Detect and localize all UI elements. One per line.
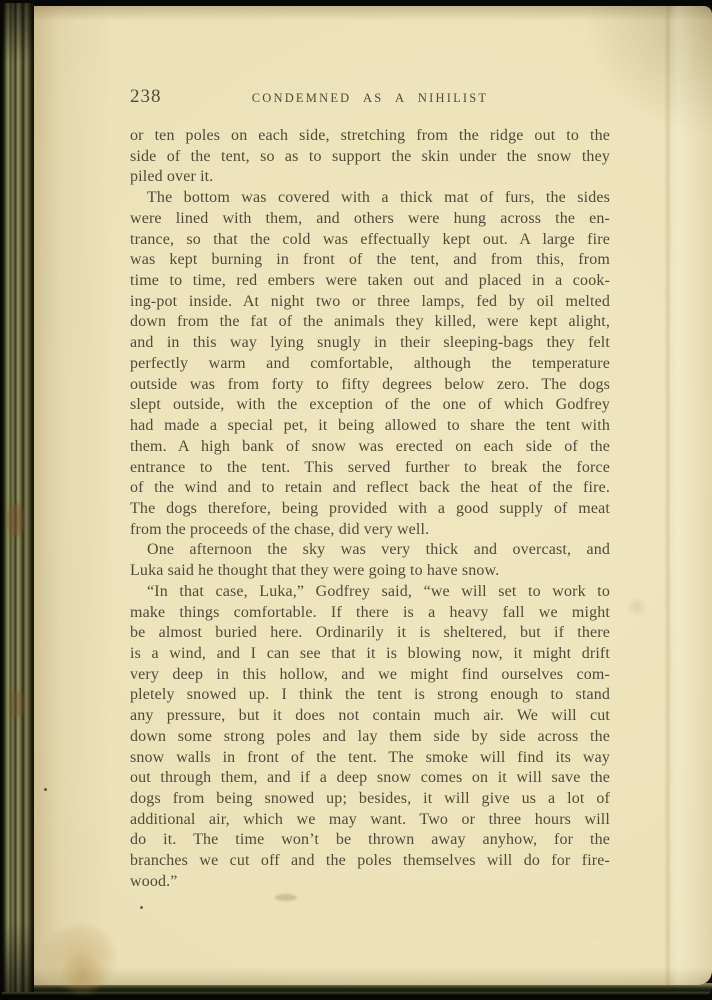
text-line: trance, so that the cold was effectually… xyxy=(130,230,610,251)
text-line: be almost buried here. Ordinarily it is … xyxy=(130,623,610,644)
text-line: side of the tent, so as to support the s… xyxy=(130,147,610,168)
speck xyxy=(140,906,143,909)
text-line: any pressure, but it does not contain mu… xyxy=(130,706,610,727)
text-line: down from the fat of the animals they ki… xyxy=(130,312,610,333)
page-edges-left xyxy=(2,3,34,992)
text-line: them. A high bank of snow was erected on… xyxy=(130,437,610,458)
text-line: The bottom was covered with a thick mat … xyxy=(130,188,610,209)
text-line: out through them, and if a deep snow com… xyxy=(130,768,610,789)
fore-edge-crease xyxy=(664,6,712,985)
text-line: down some strong poles and lay them side… xyxy=(130,727,610,748)
text-line: pletely snowed up. I think the tent is s… xyxy=(130,685,610,706)
text-line: perfectly warm and comfortable, although… xyxy=(130,354,610,375)
text-line: One afternoon the sky was very thick and… xyxy=(130,540,610,561)
stain-mark xyxy=(60,954,106,998)
text-line: branches we cut off and the poles themse… xyxy=(130,851,610,872)
text-line: were lined with them, and others were hu… xyxy=(130,209,610,230)
text-line: “In that case, Luka,” Godfrey said, “we … xyxy=(130,582,610,603)
text-line: wood.” xyxy=(130,872,610,893)
text-line: ing-pot inside. At night two or three la… xyxy=(130,292,610,313)
smudge-mark xyxy=(275,894,297,901)
edge-blotch xyxy=(8,503,24,537)
text-line: snow walls in front of the tent. The smo… xyxy=(130,748,610,769)
speck xyxy=(590,938,599,947)
page-header: 238 CONDEMNED AS A NIHILIST xyxy=(130,86,610,112)
speck xyxy=(630,600,644,614)
text-line: had made a special pet, it being allowed… xyxy=(130,416,610,437)
text-line: additional air, which we may want. Two o… xyxy=(130,810,610,831)
speck xyxy=(44,788,47,791)
text-line: from the proceeds of the chase, did very… xyxy=(130,520,610,541)
book-scan: 238 CONDEMNED AS A NIHILIST or ten poles… xyxy=(0,0,712,1000)
text-line: The dogs therefore, being provided with … xyxy=(130,499,610,520)
text-line: of the wind and to retain and reflect ba… xyxy=(130,478,610,499)
text-line: piled over it. xyxy=(130,167,610,188)
text-line: or ten poles on each side, stretching fr… xyxy=(130,126,610,147)
page-surface: 238 CONDEMNED AS A NIHILIST or ten poles… xyxy=(34,6,712,985)
text-line: do it. The time won’t be thrown away any… xyxy=(130,830,610,851)
text-line: entrance to the tent. This served furthe… xyxy=(130,458,610,479)
text-line: was kept burning in front of the tent, a… xyxy=(130,250,610,271)
text-line: slept outside, with the exception of the… xyxy=(130,395,610,416)
text-line: very deep in this hollow, and we might f… xyxy=(130,665,610,686)
edge-blotch xyxy=(10,691,24,717)
text-line: dogs from being snowed up; besides, it w… xyxy=(130,789,610,810)
body-text: or ten poles on each side, stretching fr… xyxy=(130,126,610,893)
text-line: outside was from forty to fifty degrees … xyxy=(130,375,610,396)
text-line: is a wind, and I can see that it is blow… xyxy=(130,644,610,665)
text-line: and in this way lying snugly in their sl… xyxy=(130,333,610,354)
text-line: Luka said he thought that they were goin… xyxy=(130,561,610,582)
text-line: time to time, red embers were taken out … xyxy=(130,271,610,292)
running-title: CONDEMNED AS A NIHILIST xyxy=(130,91,610,106)
text-line: make things comfortable. If there is a h… xyxy=(130,603,610,624)
